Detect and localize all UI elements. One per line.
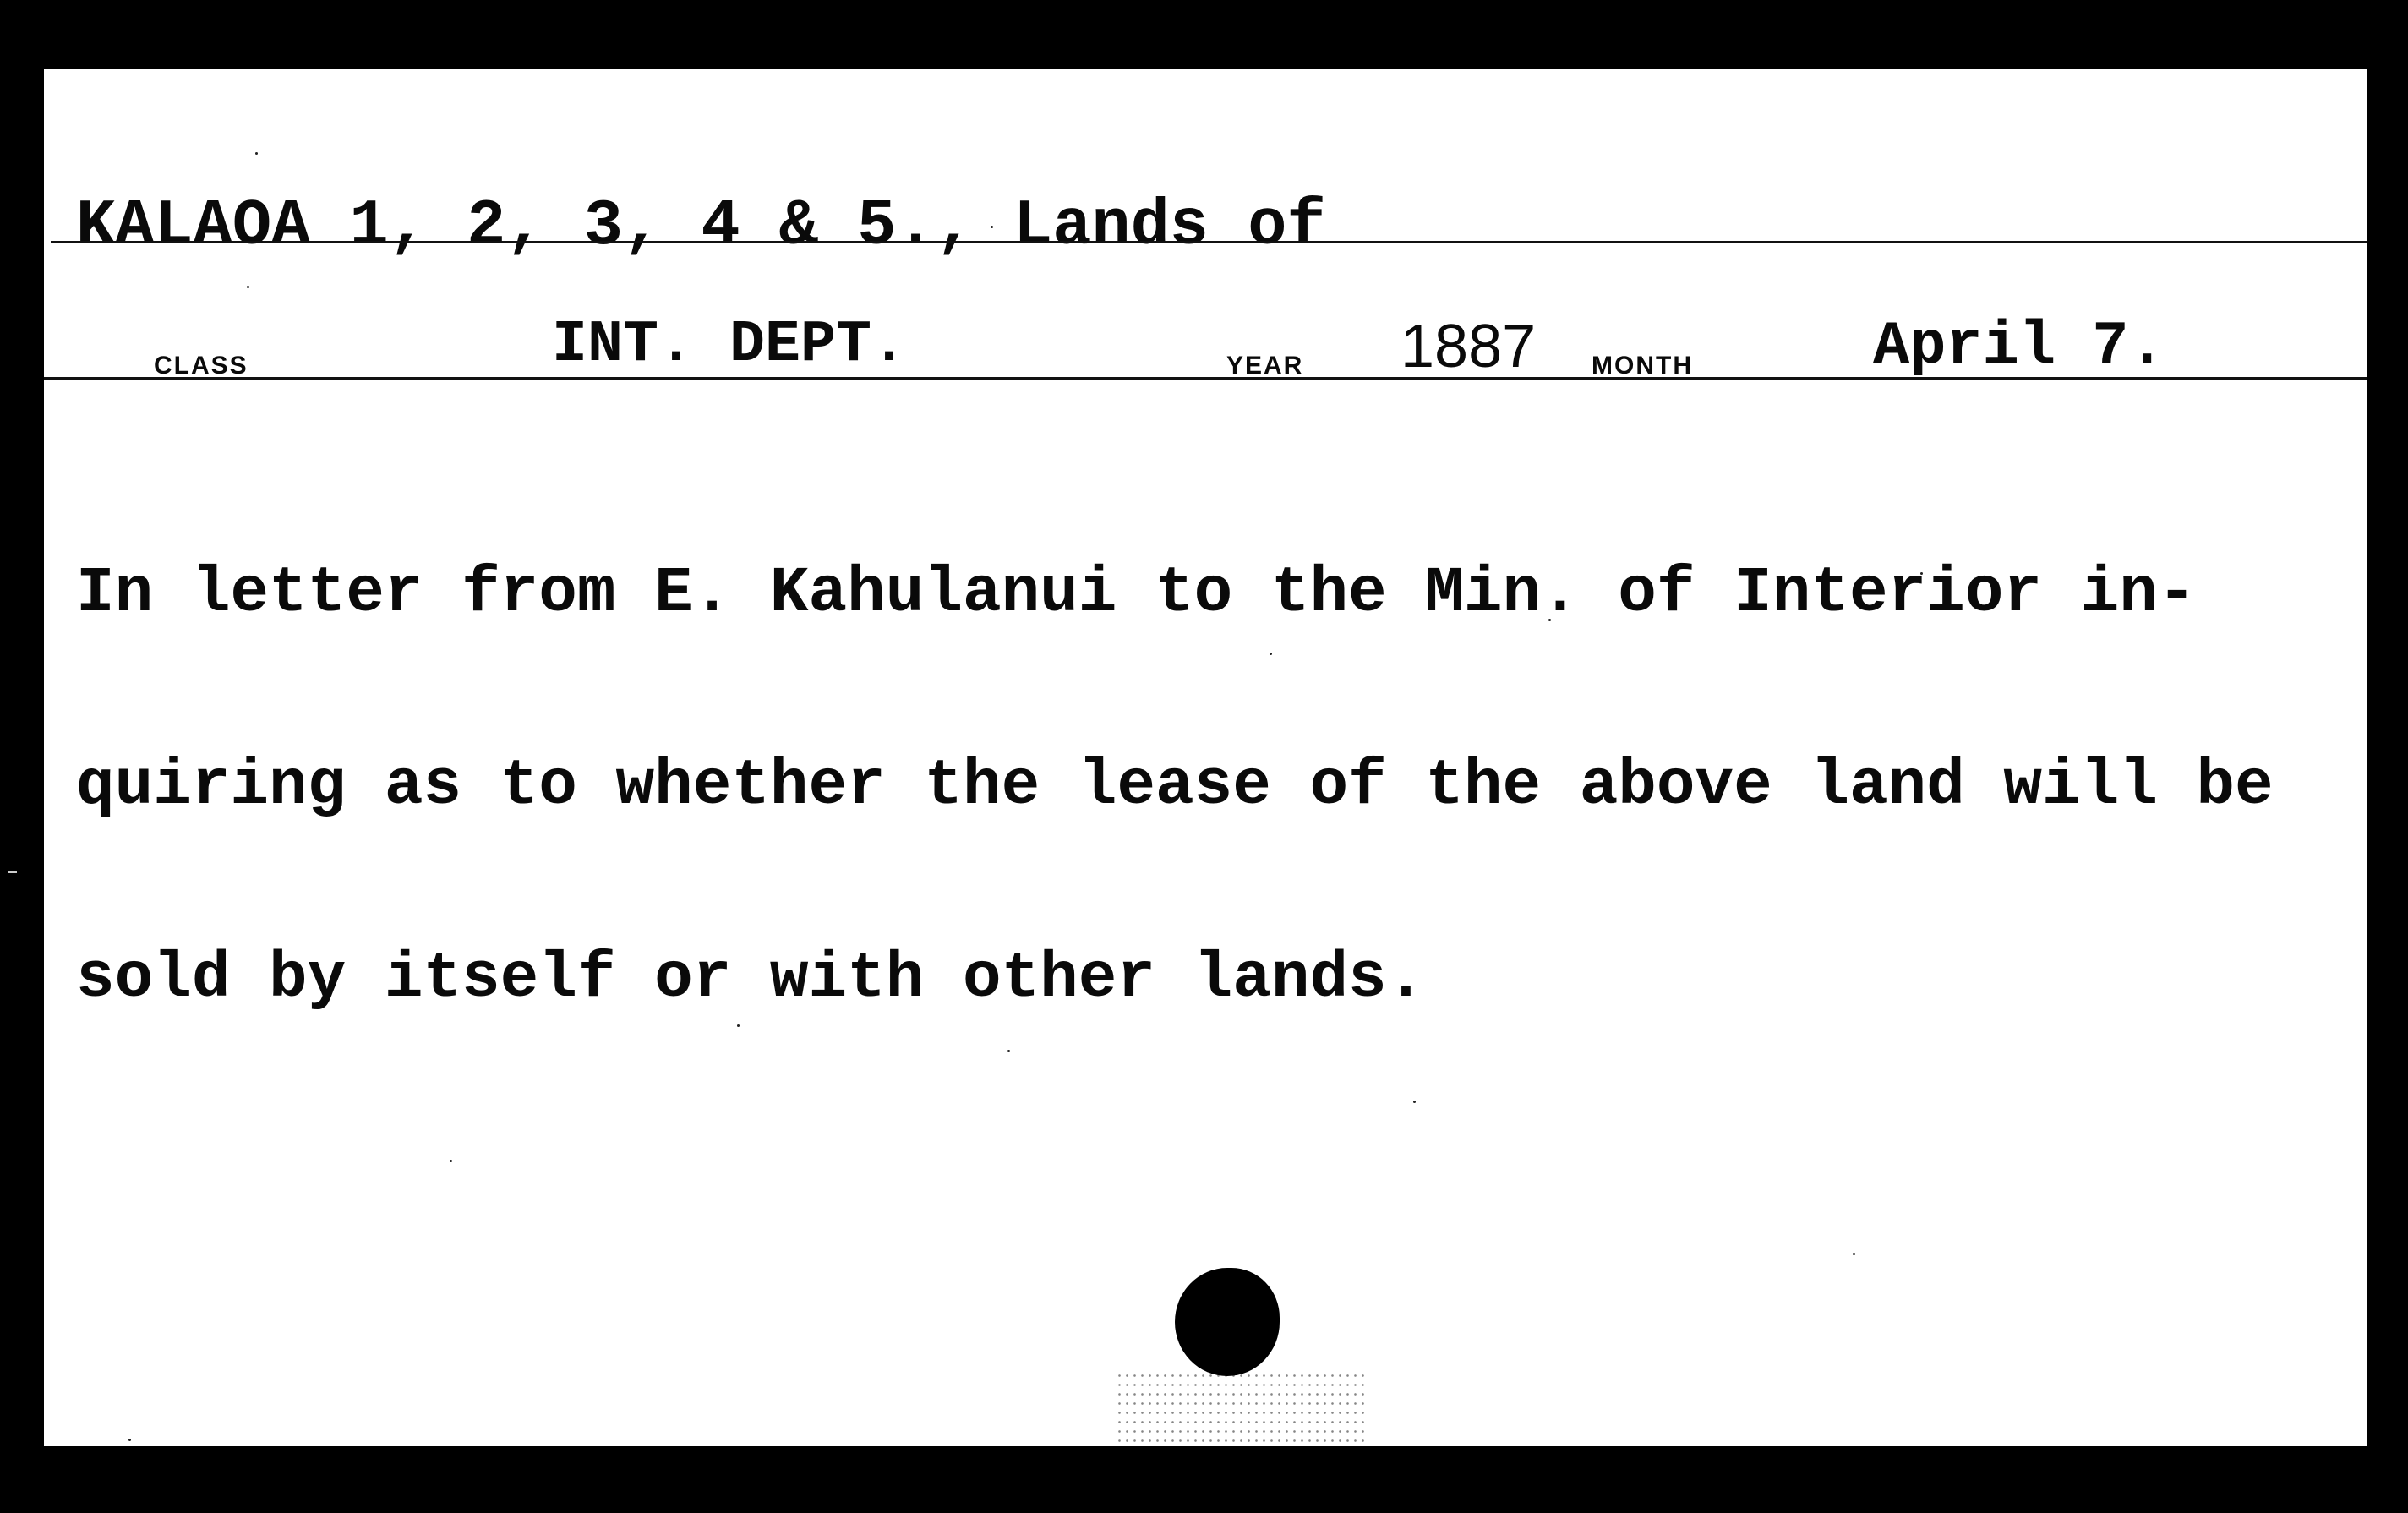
month-value: April 7. <box>1873 316 2165 377</box>
scan-speck <box>991 226 993 228</box>
body-line: sold by itself or with other lands. <box>76 947 2274 1011</box>
scan-speck <box>1920 572 1923 575</box>
fields-rule <box>44 377 2367 380</box>
title-rule <box>51 241 2367 243</box>
punch-hole-residue <box>1116 1371 1369 1446</box>
scan-speck <box>1548 619 1551 621</box>
punch-hole <box>1175 1268 1280 1376</box>
body-line: quiring as to whether the lease of the a… <box>76 754 2274 818</box>
scan-speck <box>1270 653 1272 655</box>
body-line: In letter from E. Kahulanui to the Min. … <box>76 561 2274 625</box>
scan-speck <box>128 1439 131 1441</box>
scan-speck <box>247 286 249 288</box>
card-body: In letter from E. Kahulanui to the Min. … <box>76 433 2274 1139</box>
scan-edge-mark <box>8 871 17 873</box>
year-value: 1887 <box>1401 316 1536 377</box>
scan-speck <box>450 1160 452 1162</box>
class-label: CLASS <box>154 353 248 379</box>
scan-speck <box>255 152 258 155</box>
year-label: YEAR <box>1226 353 1303 379</box>
scan-speck <box>1413 1101 1416 1103</box>
class-value: INT. DEPT. <box>552 316 907 375</box>
scan-speck <box>737 1024 740 1027</box>
month-label: MONTH <box>1592 353 1693 379</box>
index-card: KALAOA 1, 2, 3, 4 & 5., Lands of CLASS I… <box>44 69 2367 1446</box>
scan-speck <box>1007 1050 1010 1052</box>
card-title: KALAOA 1, 2, 3, 4 & 5., Lands of <box>76 194 1326 259</box>
scan-speck <box>1853 1253 1855 1255</box>
